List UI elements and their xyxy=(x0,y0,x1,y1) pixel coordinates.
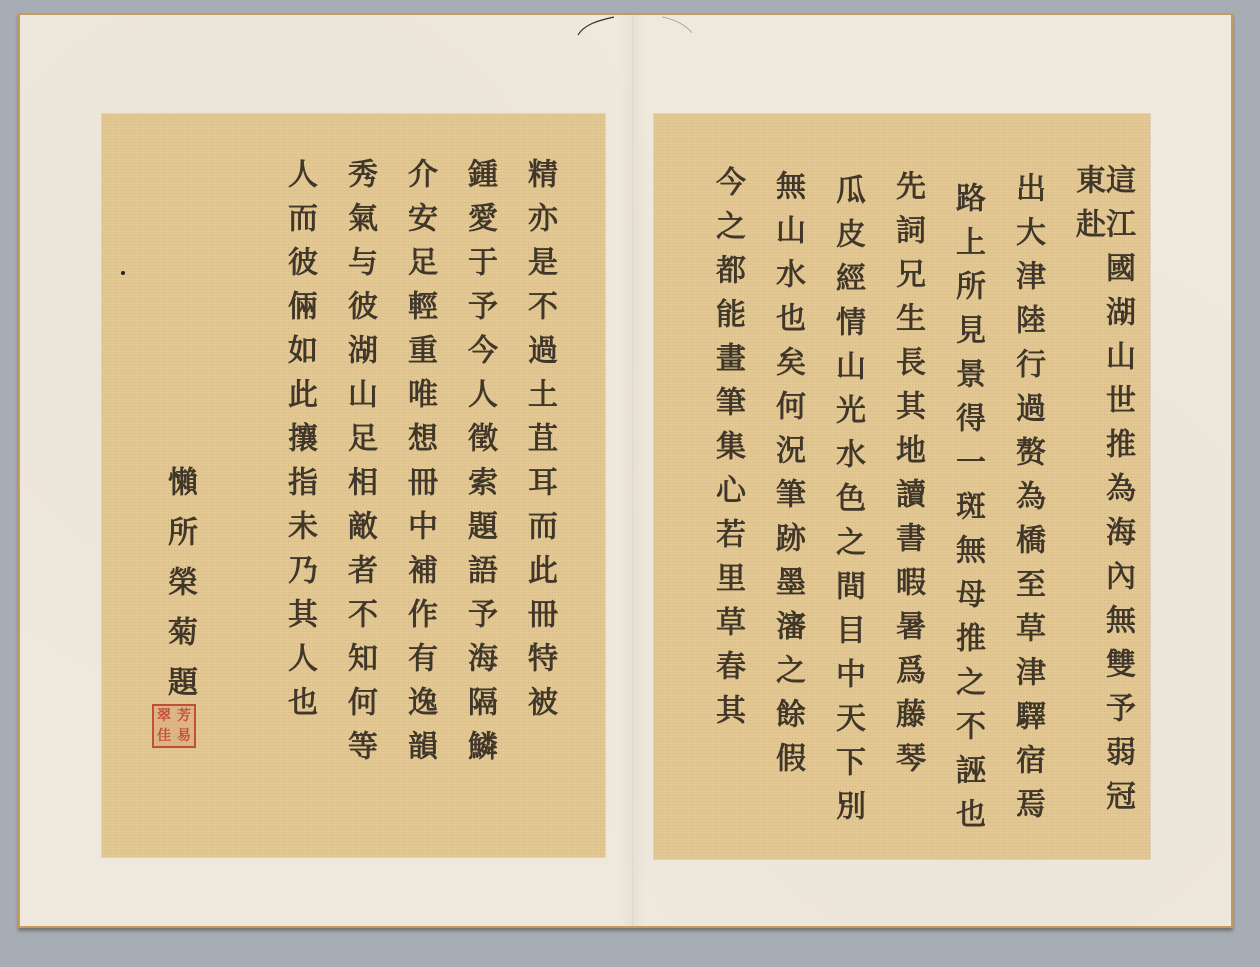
left-column-3: 介安足輕重唯想冊中補作有逸韻 xyxy=(404,158,434,774)
binding-string-right xyxy=(660,15,700,37)
right-column-5: 瓜皮經情山光水色之間目中天下別 xyxy=(832,174,862,834)
right-column-1: 這江國湖山世推為海內無雙予弱冠東赴 xyxy=(1072,164,1132,859)
seal-char: 翠 xyxy=(154,706,174,726)
seal-char: 芳 xyxy=(174,706,194,726)
right-column-4: 先詞兄生長其地讀書暇暑爲藤琴 xyxy=(892,170,922,786)
left-silk-leaf: 精亦是不過土苴耳而此冊特被 鍾愛于予今人徵索題語予海隔鱗 介安足輕重唯想冊中補作… xyxy=(102,114,605,857)
binding-string-left xyxy=(576,15,616,37)
right-silk-leaf: 這江國湖山世推為海內無雙予弱冠東赴 出大津陸行過赘為橋至草津驛宿焉 路上所見景得… xyxy=(654,114,1150,859)
ink-speck xyxy=(121,271,125,275)
right-column-2: 出大津陸行過赘為橋至草津驛宿焉 xyxy=(1012,172,1042,832)
left-column-1: 精亦是不過土苴耳而此冊特被 xyxy=(524,158,554,730)
left-column-5: 人而彼倆如此攘指未乃其人也 xyxy=(284,158,314,730)
left-column-4: 秀氣与彼湖山足相敵者不知何等 xyxy=(344,158,374,774)
right-column-7: 今之都能畫筆集心若里草春其 xyxy=(712,166,742,738)
right-column-6: 無山水也矣何況筆跡墨瀋之餘假 xyxy=(772,170,802,786)
seal-char: 易 xyxy=(174,726,194,746)
seal-char: 佳 xyxy=(154,726,174,746)
left-column-2: 鍾愛于予今人徵索題語予海隔鱗 xyxy=(464,158,494,774)
signature: 懶所榮菊題 xyxy=(164,466,194,716)
album-mount: 精亦是不過土苴耳而此冊特被 鍾愛于予今人徵索題語予海隔鱗 介安足輕重唯想冊中補作… xyxy=(18,13,1233,928)
album-spine-fold xyxy=(632,15,634,926)
right-column-3: 路上所見景得一斑無母推之不誣也 xyxy=(952,182,982,842)
artist-seal: 翠 芳 佳 易 xyxy=(152,704,196,748)
